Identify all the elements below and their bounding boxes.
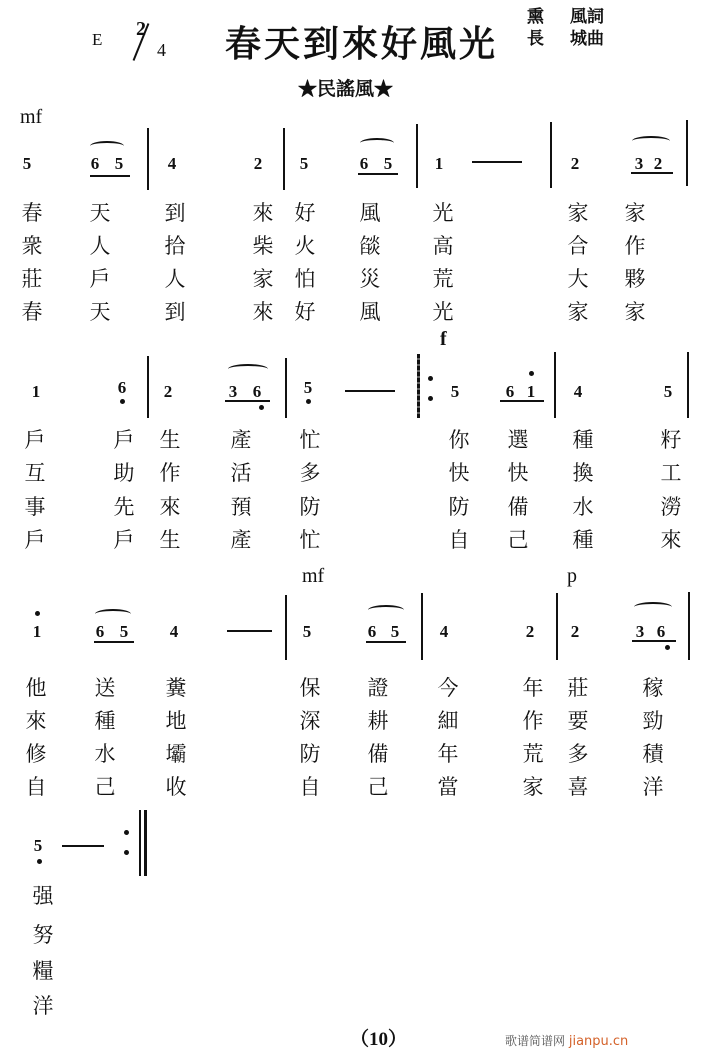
sustain-dash [345,390,395,392]
repeat-start-barline [417,354,420,418]
note: 5 [388,622,402,642]
eighth-underline [500,400,544,402]
sustain-dash [227,630,272,632]
note: 3 [633,622,647,642]
time-signature-bottom: 4 [157,40,166,61]
note: 5 [112,154,126,174]
eighth-underline [94,641,134,643]
barline [283,128,285,190]
note: 2 [251,154,265,174]
note: 1 [432,154,446,174]
note: 5 [448,382,462,402]
slur [90,141,124,151]
note: 6 [357,154,371,174]
watermark[interactable]: 歌谱简谱网 jianpu.cn [505,1032,628,1049]
eighth-underline [366,641,406,643]
lyricist-name: 熏 [527,8,544,27]
slur [632,136,670,146]
barline [147,128,149,190]
barline [688,592,690,660]
low-octave-dot [306,399,311,404]
low-octave-dot [665,645,670,650]
note: 2 [651,154,665,174]
note: 1 [29,382,43,402]
barline [416,124,418,188]
note: 5 [301,378,315,398]
slur [95,609,131,619]
composer-role: 城曲 [570,30,604,49]
watermark-text: 歌谱简谱网 [505,1034,565,1048]
note: 2 [568,154,582,174]
barline [421,593,423,660]
barline [285,358,287,418]
eighth-underline [631,172,673,174]
dynamic-mf: mf [20,106,42,129]
slur [634,602,672,612]
note: 5 [661,382,675,402]
note: 6 [503,382,517,402]
note: 4 [437,622,451,642]
low-octave-dot [259,405,264,410]
note: 6 [93,622,107,642]
note: 1 [524,382,538,402]
song-title: 春天到來好風光 [225,16,498,67]
key-signature: E [92,30,102,50]
note: 6 [88,154,102,174]
barline [147,356,149,418]
dynamic-p: p [567,565,577,588]
dynamic-f: f [440,328,447,351]
eighth-underline [225,400,270,402]
slur [228,364,268,374]
sustain-dash [472,161,522,163]
note: 5 [300,622,314,642]
repeat-dot [124,850,129,855]
repeat-dot [124,830,129,835]
note: 2 [161,382,175,402]
note: 3 [226,382,240,402]
repeat-dot [428,396,433,401]
composer-name: 長 [527,30,544,49]
repeat-end-barline-thick [144,810,147,876]
style-subtitle: ★民謠風★ [298,74,393,101]
note: 5 [297,154,311,174]
note: 6 [654,622,668,642]
barline [554,352,556,418]
note: 6 [250,382,264,402]
barline [686,120,688,186]
low-octave-dot [120,399,125,404]
eighth-underline [358,173,398,175]
watermark-site[interactable]: jianpu.cn [569,1034,628,1049]
note: 4 [571,382,585,402]
barline [556,593,558,660]
sustain-dash [62,845,104,847]
barline [285,595,287,660]
slur [368,605,404,615]
high-octave-dot [35,611,40,616]
page-number: （10） [350,1024,407,1051]
repeat-dot [428,376,433,381]
eighth-underline [632,640,676,642]
note: 5 [31,836,45,856]
note: 2 [568,622,582,642]
note: 4 [165,154,179,174]
slur [360,138,394,148]
note: 2 [523,622,537,642]
note: 6 [115,378,129,398]
lyricist-role: 風詞 [570,8,604,27]
note: 5 [117,622,131,642]
note: 4 [167,622,181,642]
low-octave-dot [37,859,42,864]
note: 5 [381,154,395,174]
repeat-end-barline-thin [139,810,141,876]
dynamic-mf: mf [302,565,324,588]
barline [687,352,689,418]
note: 1 [30,622,44,642]
note: 6 [365,622,379,642]
note: 5 [20,154,34,174]
note: 3 [632,154,646,174]
barline [550,122,552,188]
high-octave-dot [529,371,534,376]
eighth-underline [90,175,130,177]
